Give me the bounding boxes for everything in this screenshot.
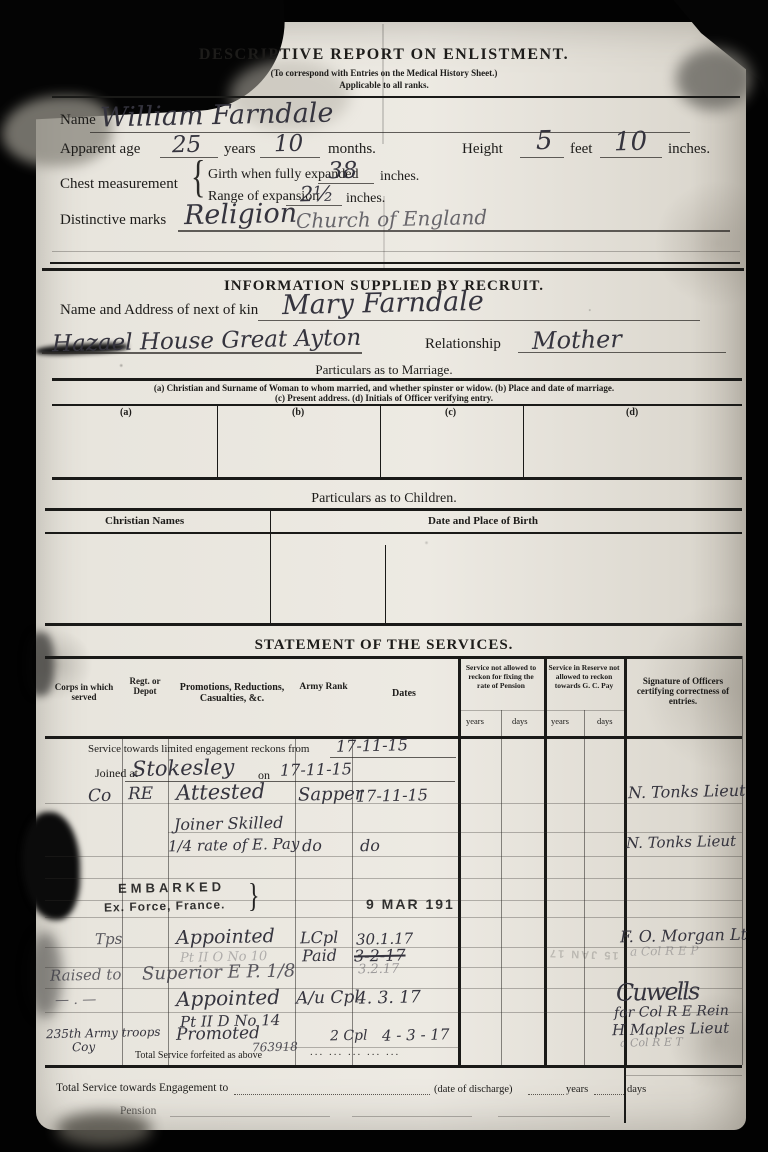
marks-value-church: Church of England: [296, 205, 488, 233]
attested-rank: Sapper: [298, 783, 364, 805]
acpl-dashes: — . —: [55, 992, 97, 1009]
height-label: Height: [462, 141, 503, 158]
children-header-rule: [45, 532, 742, 534]
marriage-col-c: (c): [445, 407, 456, 418]
form-title: DESCRIPTIVE REPORT ON ENLISTMENT.: [0, 46, 768, 64]
services-bottom-rule: [45, 1065, 742, 1068]
trade-line1: Joiner Skilled: [174, 813, 284, 834]
pension-line-2: [352, 1116, 472, 1117]
pension-line-1: [170, 1116, 330, 1117]
row-rule-3: [45, 856, 742, 857]
expansion-value: 2½: [300, 182, 334, 207]
pension-sub-years: years: [466, 716, 484, 726]
joined-date: 17-11-15: [280, 759, 352, 780]
forfeit-label: Total Service forfeited as above: [135, 1050, 262, 1061]
promoted-promo: Promoted: [176, 1023, 260, 1045]
pension-sub-days: days: [512, 716, 528, 726]
services-col-corps: Corps in which served: [48, 682, 120, 702]
services-title: STATEMENT OF THE SERVICES.: [0, 637, 768, 654]
acpl-date: 4. 3. 17: [356, 987, 421, 1008]
chest-brace: {: [191, 153, 205, 204]
apparent-age-label: Apparent age: [60, 141, 140, 158]
months-label: months.: [328, 141, 376, 158]
lcpl-corps: Tps: [95, 930, 123, 949]
relationship-underline: [518, 352, 726, 353]
promoted-rank: 2 Cpl: [330, 1028, 368, 1045]
marriage-vline-2: [380, 404, 381, 478]
pension-label: Pension: [120, 1105, 156, 1117]
services-vline-pension-left: [458, 656, 461, 1065]
children-bottom-rule: [45, 623, 742, 626]
footer-dotted-line-3: [594, 1086, 624, 1095]
kin-name-value: Mary Farndale: [282, 286, 484, 321]
promoted-date: 4 - 3 - 17: [382, 1025, 450, 1044]
marks-label: Distinctive marks: [60, 212, 166, 229]
expansion-unit: inches.: [346, 191, 385, 207]
attested-corps: Co: [88, 786, 112, 806]
height-inches-underline: [600, 157, 662, 158]
services-vline-gcpay-left: [544, 656, 547, 1065]
form-subtitle-1: (To correspond with Entries on the Medic…: [0, 68, 768, 78]
row-rule-4: [45, 878, 742, 879]
form-subtitle-2: Applicable to all ranks.: [0, 80, 768, 90]
services-col-regt: Regt. or Depot: [123, 676, 167, 696]
promoted-signature-sub: a Col R E T: [620, 1035, 683, 1049]
engagement-label: Service towards limited engagement recko…: [88, 743, 309, 755]
children-title: Particulars as to Children.: [0, 491, 768, 507]
gcpay-sub-years: years: [551, 716, 569, 726]
footer-total-label: Total Service towards Engagement to: [56, 1082, 228, 1094]
lcpl-promo: Appointed: [176, 925, 275, 949]
relationship-value: Mother: [532, 325, 622, 355]
signature-box-extension-hline: [624, 1075, 742, 1076]
services-vline-right-edge: [742, 656, 743, 1065]
marks-underline: [178, 230, 730, 232]
force-brace: }: [248, 879, 260, 917]
superior-corps: Raised to: [50, 965, 122, 984]
marriage-vline-3: [523, 404, 524, 478]
children-vline-2: [385, 545, 386, 623]
footer-days-label: days: [627, 1084, 646, 1095]
footer-dotted-line-2: [528, 1086, 564, 1095]
kin-label: Name and Address of next of kin: [60, 302, 258, 319]
services-col-rank: Army Rank: [297, 682, 350, 692]
girth-unit: inches.: [380, 169, 419, 185]
lcpl-signature-sub: a Col R E P: [630, 943, 699, 958]
marriage-col-a: (a): [120, 407, 132, 418]
attested-regt: RE: [128, 784, 154, 805]
attested-signature: N. Tonks Lieut: [628, 781, 746, 802]
footer-discharge-label: (date of discharge): [434, 1084, 513, 1095]
feet-label: feet: [570, 141, 592, 158]
relationship-label: Relationship: [425, 336, 501, 353]
joined-underline: [125, 781, 455, 782]
signature-box-extension-vline: [624, 1065, 626, 1123]
age-months-value: 10: [274, 131, 304, 158]
paid-rank: Paid: [302, 946, 337, 966]
height-feet-value: 5: [536, 126, 553, 156]
bottom-edge-blotch: [56, 1112, 152, 1146]
promoted-corps-1: 235th Army troops: [46, 1025, 161, 1041]
marriage-note-1: (a) Christian and Surname of Woman to wh…: [0, 383, 768, 393]
trade-date-do: do: [360, 836, 380, 855]
services-col-pension: Service not allowed to reckon for fixing…: [461, 663, 541, 690]
height-feet-underline: [520, 157, 564, 158]
engagement-date: 17-11-15: [336, 735, 408, 756]
age-months-underline: [260, 157, 320, 158]
marriage-bottom-rule: [52, 477, 742, 480]
inches-label: inches.: [668, 141, 710, 158]
scanned-document-page: DESCRIPTIVE REPORT ON ENLISTMENT. (To co…: [0, 0, 768, 1152]
chest-label: Chest measurement: [60, 176, 178, 193]
left-edge-ink-blot: [22, 812, 80, 920]
paid-date-faint: 3.2.17: [358, 962, 400, 978]
name-label: Name: [60, 112, 96, 129]
height-inches-value: 10: [614, 127, 648, 158]
kin-underline: [258, 320, 700, 321]
pension-subheader-rule: [458, 710, 624, 711]
pension-line-3: [498, 1116, 610, 1117]
section-divider-thin: [50, 262, 740, 264]
address-underline: [42, 352, 362, 354]
girth-value: 38: [328, 158, 358, 185]
marriage-vline-1: [217, 404, 218, 478]
services-col-gcpay: Service in Reserve not allowed to reckon…: [547, 663, 621, 690]
joined-place: Stokesley: [132, 755, 235, 781]
acpl-rank: A/u Cpl: [296, 987, 360, 1008]
faint-date-stamp: 15 JAN 17: [548, 947, 619, 961]
years-label: years: [224, 141, 256, 158]
trade-rank-do: do: [302, 836, 322, 855]
marriage-note-2: (c) Present address. (d) Initials of Off…: [0, 393, 768, 403]
children-vline-1: [270, 510, 271, 623]
services-col-dates: Dates: [354, 688, 454, 699]
lcpl-rank: LCpl: [300, 928, 339, 948]
marriage-note-rule: [52, 404, 742, 406]
acpl-promo: Appointed: [176, 985, 281, 1011]
marks-value-religion: Religion: [184, 198, 298, 231]
marriage-col-d: (d): [626, 407, 638, 418]
attested-date: 17-11-15: [356, 785, 428, 806]
services-col-promotions: Promotions, Reductions, Casualties, &c.: [172, 682, 292, 704]
footer-years-label: years: [566, 1084, 588, 1095]
age-years-underline: [160, 157, 218, 158]
header-rule: [52, 96, 740, 98]
engagement-underline: [330, 757, 456, 758]
name-value: William Farndale: [100, 98, 334, 134]
acpl-signature: Cuwells: [616, 977, 699, 1007]
forfeit-dots: ... ... ... ... ...: [310, 1046, 400, 1058]
row-rule-6: [45, 917, 742, 918]
services-col-signature: Signature of Officers certifying correct…: [627, 676, 739, 706]
services-top-rule: [45, 656, 742, 659]
marriage-top-rule: [52, 378, 742, 381]
embark-date-stamp: 9 MAR 191: [366, 896, 455, 912]
footer-dotted-line-1: [234, 1086, 430, 1095]
marriage-title: Particulars as to Marriage.: [0, 362, 768, 378]
gcpay-sub-days: days: [597, 716, 613, 726]
trade-signature: N. Tonks Lieut: [626, 832, 736, 852]
spacer-rule: [52, 251, 740, 252]
children-top-rule: [45, 508, 742, 511]
section-divider-thick: [42, 268, 744, 271]
attested-promo: Attested: [176, 779, 266, 805]
promoted-corps-2: Coy: [72, 1040, 95, 1054]
children-col-names: Christian Names: [105, 515, 184, 527]
trade-line2: 1/4 rate of E. Pay: [168, 835, 300, 856]
embarked-stamp: EMBARKED: [118, 879, 225, 896]
superior-promo: Superior E P. 1/8: [142, 960, 296, 984]
children-col-birth: Date and Place of Birth: [428, 515, 538, 527]
marriage-col-b: (b): [292, 407, 304, 418]
